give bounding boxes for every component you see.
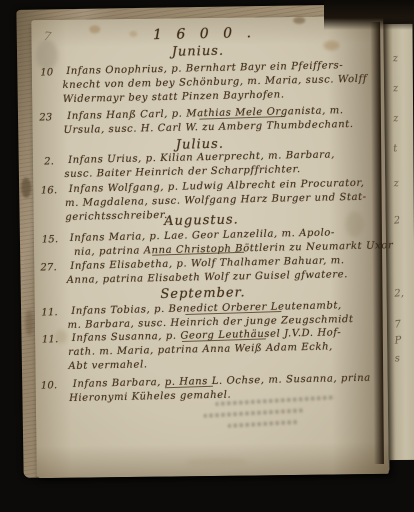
photo-of-manuscript: { "document": { "year_heading": "1 6 0 0… [0, 0, 414, 512]
entry-line: susc. Baiter Heinrich der Scharpffrichte… [64, 164, 300, 180]
manuscript-page: 7 1 6 0 0 . Junius. 10 Infans Onophrius,… [31, 16, 389, 478]
entry-day: 10. [41, 380, 58, 391]
entry-line: Widermayr bey statt Pinzen Bayrhofen. [63, 89, 285, 105]
bleedthrough-mark [228, 420, 298, 428]
entry-line: m. Magdalena, susc. Wolfgang Harz Burger… [65, 192, 367, 209]
bleedthrough-mark [215, 395, 335, 406]
entry-day: 10 [40, 67, 53, 78]
facing-page-mark: z [393, 83, 412, 94]
entry-line: Abt vermahel. [68, 359, 147, 372]
facing-page-mark: z [393, 178, 412, 189]
entry-day: 16. [41, 185, 58, 196]
facing-page-mark: 2, [394, 288, 413, 299]
spine-shadow [324, 0, 414, 30]
entry-day: 11. [42, 334, 59, 345]
entry-day: 15. [42, 234, 59, 245]
facing-page-mark: t [393, 143, 412, 154]
folio-mark: 7 [43, 30, 52, 43]
entry-line: Infans Barbara, p. Hans L. Ochse, m. Sus… [73, 373, 371, 390]
entry-line: Hieronymi Küheles gemahel. [69, 390, 231, 404]
handwriting-layer: 7 1 6 0 0 . Junius. 10 Infans Onophrius,… [29, 14, 391, 479]
facing-page-mark: 2 [393, 215, 412, 226]
facing-page-mark: z [392, 53, 411, 64]
year-heading: 1 6 0 0 . [99, 25, 309, 43]
entry-day: 2. [44, 156, 54, 167]
facing-page-mark: z [393, 113, 412, 124]
entry-line: Ursula, susc. H. Carl W. zu Amberg Thumb… [63, 119, 353, 136]
entry-day: 27. [40, 262, 57, 273]
entry-day: 11. [41, 307, 58, 318]
facing-page-mark: P [394, 335, 413, 346]
month-heading-junius: Junius. [30, 42, 366, 62]
bleedthrough-mark [203, 408, 303, 418]
facing-page-mark: s [394, 353, 413, 364]
entry-line: Anna, patrina Elisabeth Wolf zur Guisel … [67, 269, 349, 286]
entry-line: knecht von dem bey Schönburg, m. Maria, … [62, 74, 367, 91]
entry-line: rath. m. Maria, patrina Anna Weiß Adam E… [68, 341, 333, 358]
facing-page-mark: 7 [394, 319, 413, 330]
entry-day: 23 [39, 112, 52, 123]
